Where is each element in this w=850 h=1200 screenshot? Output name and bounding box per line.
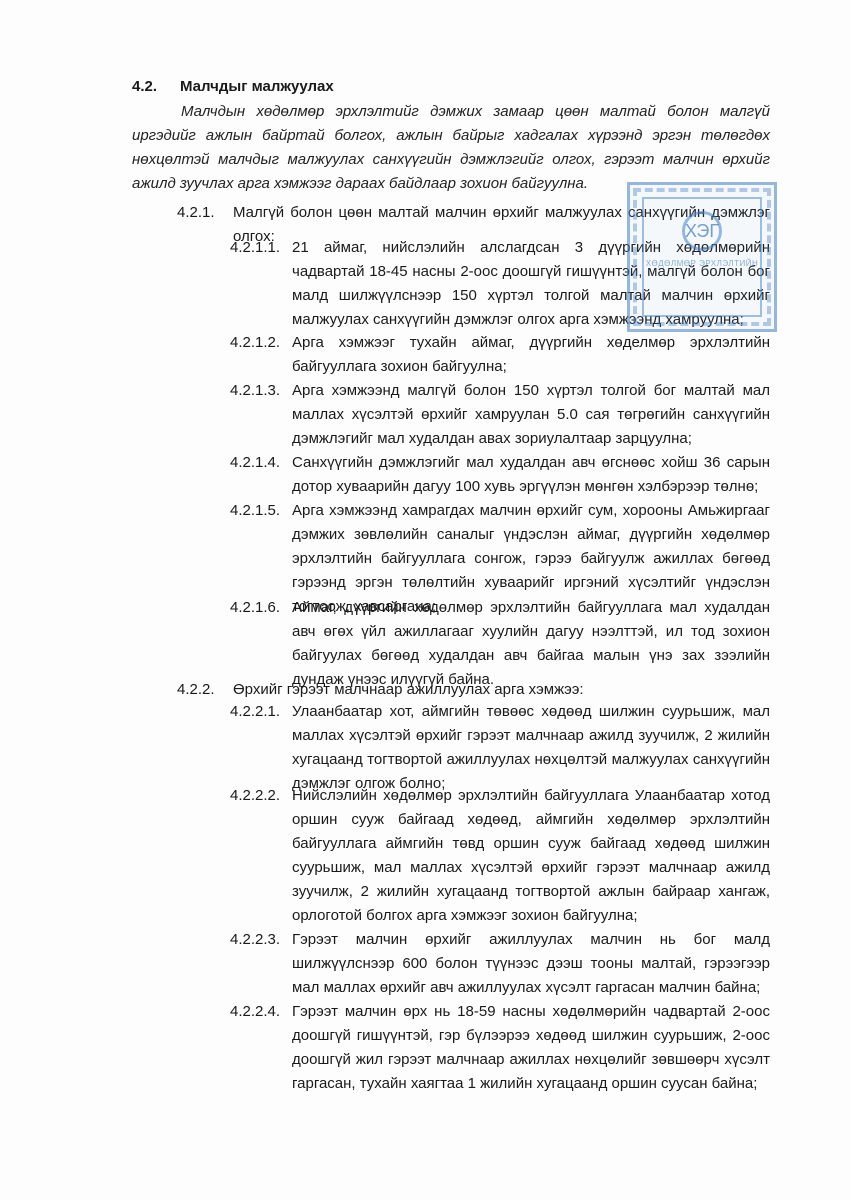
section-heading: 4.2.Малчдыг малжуулах	[132, 78, 334, 95]
item-number: 4.2.2.4.	[230, 1000, 280, 1024]
item-text: Гэрээт малчин өрх нь 18-59 насны хөдөлмө…	[292, 1000, 770, 1096]
item-4-2-1-3: 4.2.1.3. Арга хэмжээнд малгүй болон 150 …	[230, 379, 770, 451]
item-text: Улаанбаатар хот, аймгийн төвөөс хөдөөд ш…	[292, 700, 770, 796]
item-text: Гэрээт малчин өрхийг ажиллуулах малчин н…	[292, 928, 770, 1000]
item-number: 4.2.1.1.	[230, 236, 280, 260]
item-number: 4.2.1.5.	[230, 499, 280, 523]
item-4-2-2-3: 4.2.2.3. Гэрээт малчин өрхийг ажиллуулах…	[230, 928, 770, 1000]
section-title: Малчдыг малжуулах	[180, 78, 334, 95]
item-number: 4.2.1.4.	[230, 451, 280, 475]
item-text: Арга хэмжээг тухайн аймаг, дүүргийн хөде…	[292, 331, 770, 379]
item-number: 4.2.1.2.	[230, 331, 280, 355]
official-stamp: ХЭГ ХӨДӨЛМӨР ЭРХЛЭЛТИЙН	[627, 182, 777, 332]
item-4-2-2-1: 4.2.2.1. Улаанбаатар хот, аймгийн төвөөс…	[230, 700, 770, 796]
item-number: 4.2.2.2.	[230, 784, 280, 808]
item-text: Арга хэмжээнд малгүй болон 150 хүртэл то…	[292, 379, 770, 451]
item-number: 4.2.1.6.	[230, 596, 280, 620]
item-4-2-1-4: 4.2.1.4. Санхүүгийн дэмжлэгийг мал худал…	[230, 451, 770, 499]
item-text: Өрхийг гэрээт малчнаар ажиллуулах арга х…	[233, 678, 770, 702]
section-number: 4.2.	[132, 78, 180, 95]
item-text: Нийслэлийн хөдөлмөр эрхлэлтийн байгуулла…	[292, 784, 770, 928]
item-number: 4.2.2.1.	[230, 700, 280, 724]
item-4-2-2-4: 4.2.2.4. Гэрээт малчин өрх нь 18-59 насн…	[230, 1000, 770, 1096]
item-number: 4.2.1.	[177, 201, 215, 225]
item-number: 4.2.1.3.	[230, 379, 280, 403]
item-4-2-1-2: 4.2.1.2. Арга хэмжээг тухайн аймаг, дүүр…	[230, 331, 770, 379]
document-page: 4.2.Малчдыг малжуулах Малчдын хөдөлмөр э…	[0, 0, 850, 1200]
item-number: 4.2.2.3.	[230, 928, 280, 952]
item-4-2-2-2: 4.2.2.2. Нийслэлийн хөдөлмөр эрхлэлтийн …	[230, 784, 770, 928]
item-text: Санхүүгийн дэмжлэгийг мал худалдан авч ө…	[292, 451, 770, 499]
stamp-text: ХӨДӨЛМӨР ЭРХЛЭЛТИЙН	[644, 259, 760, 269]
item-number: 4.2.2.	[177, 678, 215, 702]
emblem-icon: ХЭГ	[682, 211, 722, 251]
subsection-4-2-2: 4.2.2. Өрхийг гэрээт малчнаар ажиллуулах…	[177, 678, 770, 702]
